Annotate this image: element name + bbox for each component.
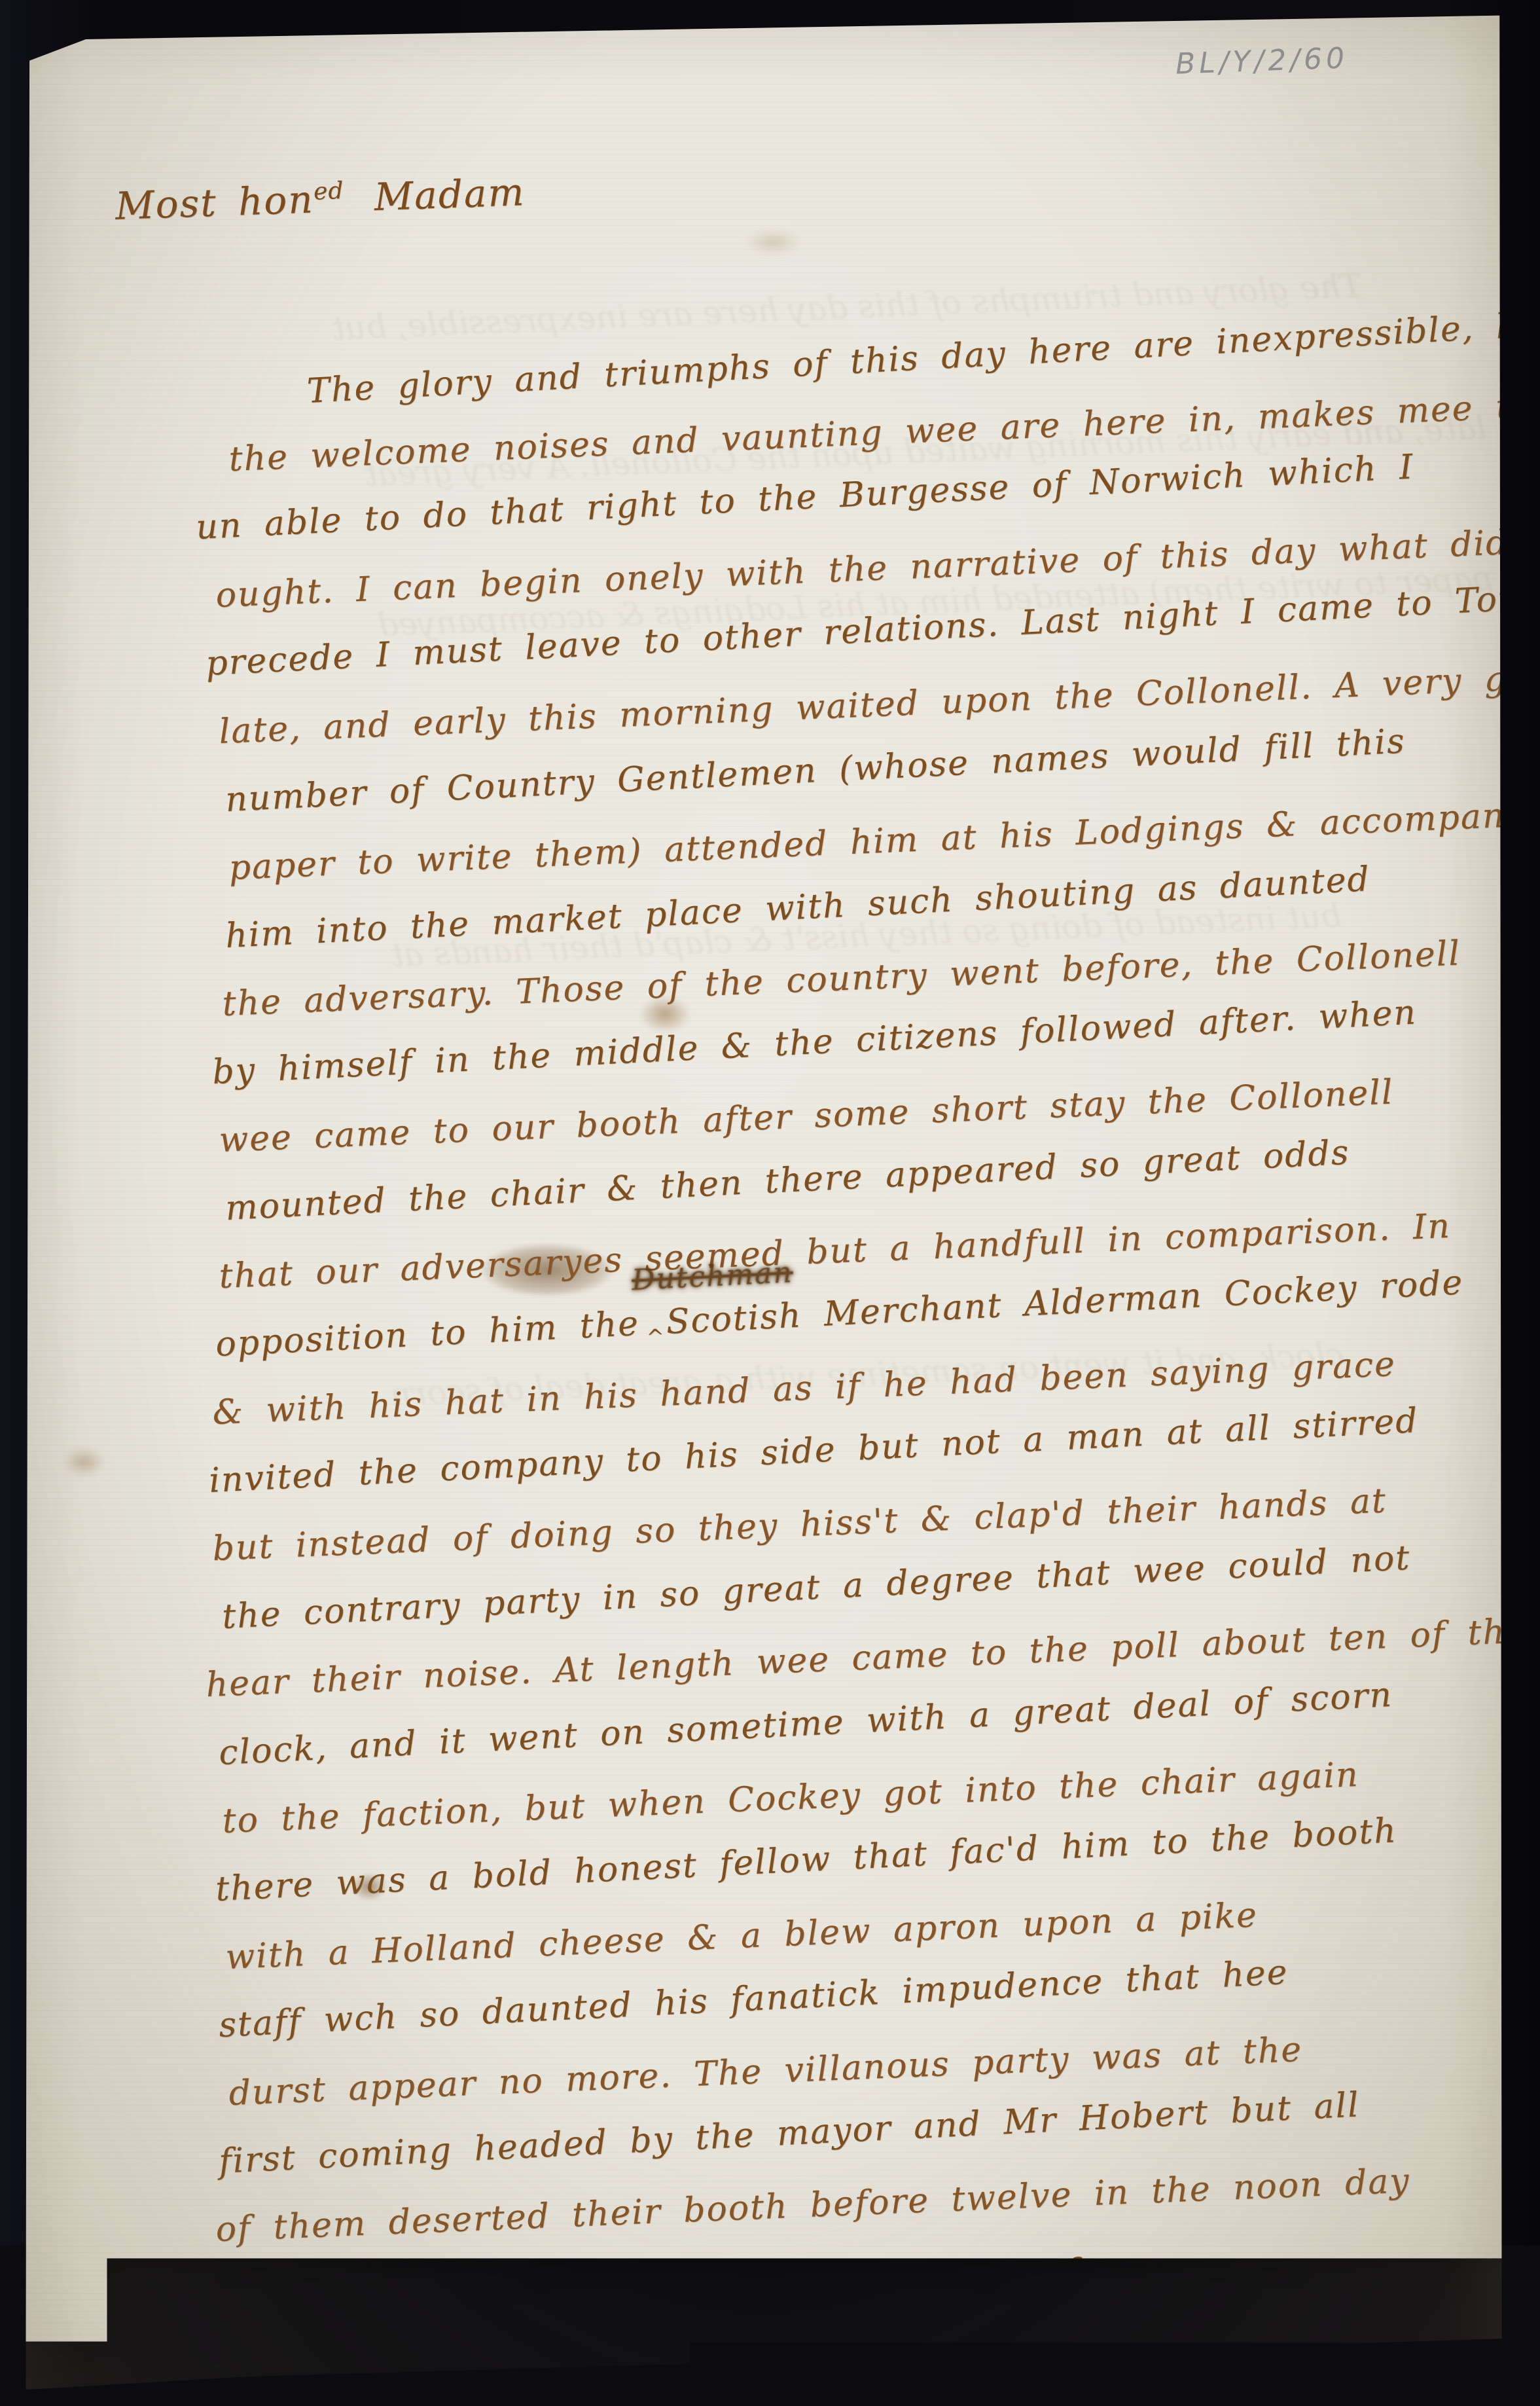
paper-stain xyxy=(743,229,802,255)
date-ordinal-suffix: th xyxy=(947,98,975,128)
salutation-suffix: Madam xyxy=(374,170,526,219)
letter-page: The glory and triumphs of this day here … xyxy=(24,13,1504,2391)
place-name: Norwich xyxy=(560,108,741,162)
salutation-prefix: Most hon xyxy=(115,177,315,228)
salutation: Most honed Madam xyxy=(115,170,526,228)
caret-mark: ^ xyxy=(646,1324,666,1349)
salutation-superscript: ed xyxy=(313,177,344,206)
date-year: 1677 xyxy=(1006,92,1113,142)
dateline: Norwich Feb: 18th 1677 xyxy=(560,92,1113,162)
paper-stain xyxy=(63,1447,105,1477)
ink-blot xyxy=(678,162,776,219)
date-month: Feb: xyxy=(771,103,865,153)
archive-reference-pencil: BL/Y/2/60 xyxy=(1175,41,1349,81)
folio-number-pencil: 113 xyxy=(153,2315,206,2350)
letter-body: The glory and triumphs of this day here … xyxy=(190,372,1493,2346)
manuscript-photograph: The glory and triumphs of this day here … xyxy=(0,0,1540,2406)
date-day: 18 xyxy=(895,99,949,147)
